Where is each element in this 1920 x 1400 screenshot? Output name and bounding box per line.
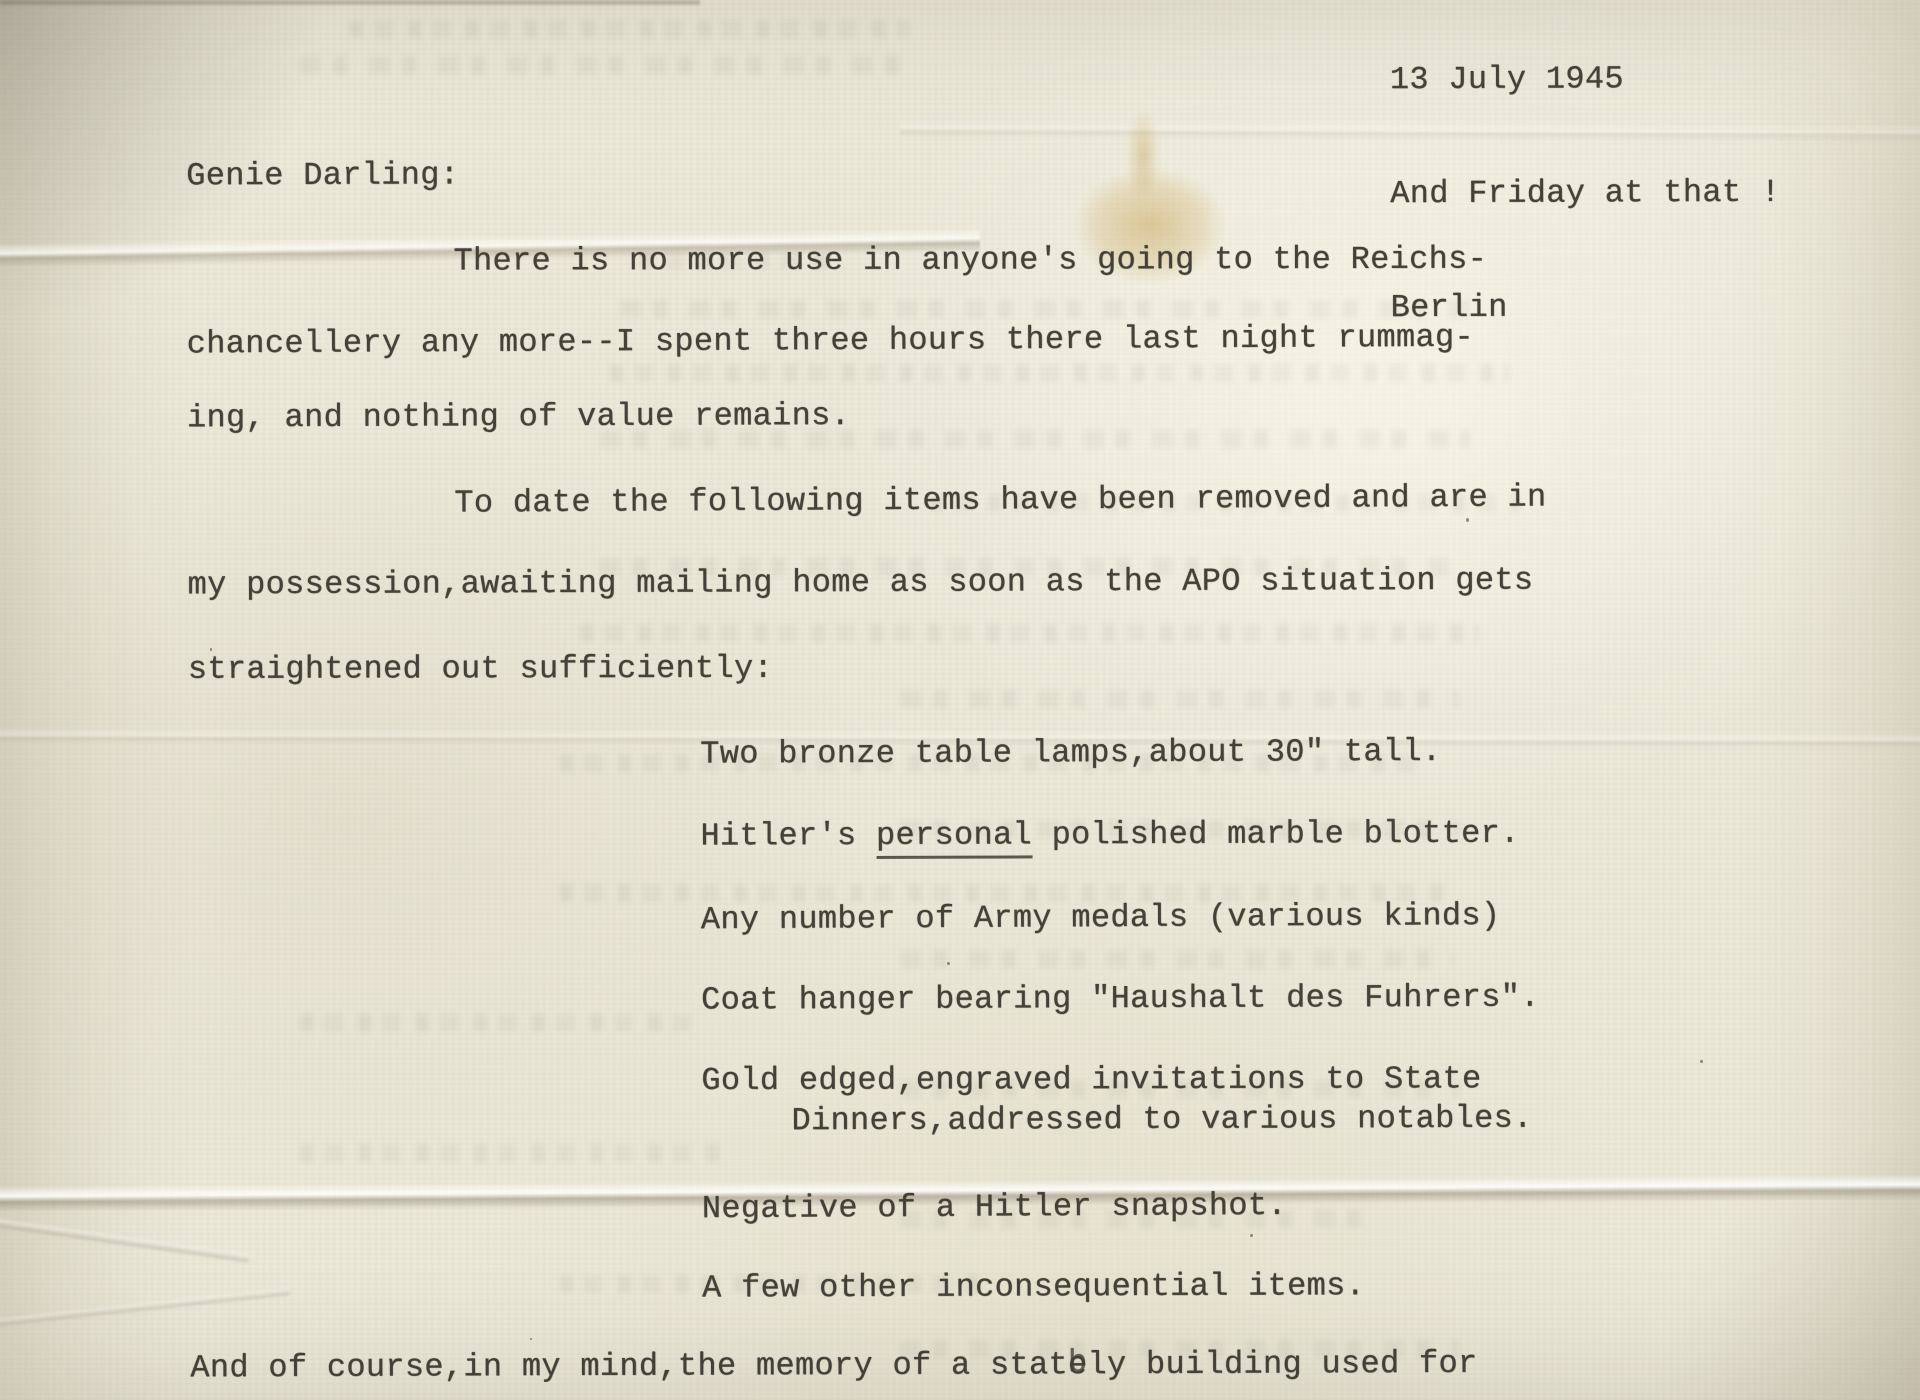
salutation: Genie Darling: [186,156,459,195]
list-item-medals: Any number of Army medals (various kinds… [701,897,1501,939]
overstruck-character: eb [1068,1346,1088,1384]
letter-page: 13 July 1945 And Friday at that ! Berlin… [0,0,1920,1400]
list-item-other: A few other inconsequential items. [702,1267,1365,1307]
closing-pre: And of course,in my mind,the memory of a… [190,1346,1068,1386]
paragraph1-line1: There is no more use in anyone's going t… [453,241,1487,281]
date-line: 13 July 1945 [1390,60,1780,99]
closing-post: ly building used for [1087,1345,1477,1383]
paragraph1-line3: ing, and nothing of value remains. [187,397,850,437]
paragraph2-line3: straightened out sufficiently: [188,650,773,689]
closing-line: And of course,in my mind,the memory of a… [190,1345,1477,1387]
blotter-post: polished marble blotter. [1032,815,1520,854]
paragraph2-line1: To date the following items have been re… [454,478,1546,522]
blotter-pre: Hitler's [700,817,876,855]
paragraph1-line2: chancellery any more--I spent three hour… [187,319,1474,364]
list-item-coat-hanger: Coat hanger bearing "Haushalt des Fuhrer… [701,979,1540,1020]
date-note-line: And Friday at that ! [1390,174,1780,213]
list-item-negative: Negative of a Hitler snapshot. [702,1187,1287,1228]
list-item-blotter: Hitler's personal polished marble blotte… [700,815,1519,856]
list-item-invitations-line1: Gold edged,engraved invitations to State [701,1060,1481,1100]
overstrike-under-char: b [1068,1344,1088,1382]
blotter-underlined-word: personal [876,816,1032,859]
list-item-invitations-line2: Dinners,addressed to various notables. [791,1100,1532,1141]
paragraph2-line2: my possession,awaiting mailing home as s… [188,562,1534,605]
typed-text-layer: 13 July 1945 And Friday at that ! Berlin… [0,0,1920,1400]
list-item-lamps: Two bronze table lamps,about 30" tall. [700,733,1441,774]
